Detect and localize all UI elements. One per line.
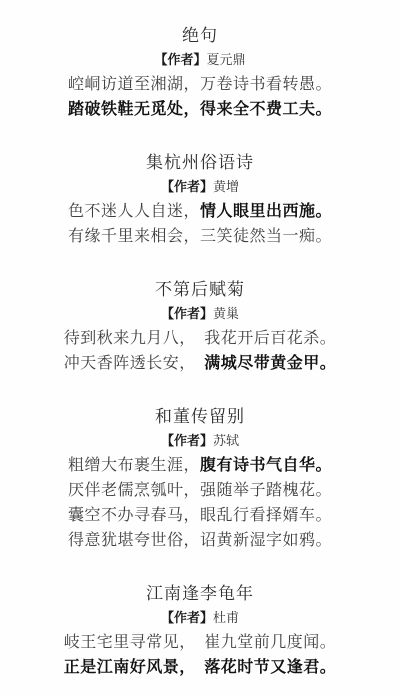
- verse-segment-bold: 正是江南好风景， 落花时节又逢君。: [64, 659, 337, 676]
- author-label: 【作者】: [161, 610, 213, 625]
- verse-segment-bold: 腹有诗书气自华。: [200, 457, 332, 474]
- poem-line: 踏破铁鞋无觅处，得来全不费工夫。: [0, 97, 400, 122]
- verse-segment: 崆峒访道至湘湖，万卷诗书看转愚。: [68, 76, 332, 93]
- poem-line: 冲天香阵透长安， 满城尽带黄金甲。: [0, 351, 400, 376]
- verse-segment-bold: 情人眼里出西施。: [200, 203, 332, 220]
- poem-line: 有缘千里来相会，三笑徒然当一痴。: [0, 224, 400, 249]
- verse-segment: 待到秋来九月八， 我花开后百花杀。: [64, 330, 337, 347]
- verse-segment: 冲天香阵透长安，: [64, 355, 205, 372]
- poem-title: 和董传留别: [0, 405, 400, 429]
- poem-block: 和董传留别 【作者】苏轼 粗缯大布裹生涯，腹有诗书气自华。厌伴老儒烹瓠叶，强随举…: [0, 405, 400, 553]
- poem-lines: 色不迷人人自迷，情人眼里出西施。有缘千里来相会，三笑徒然当一痴。: [0, 199, 400, 249]
- poem-block: 集杭州俗语诗 【作者】黄增 色不迷人人自迷，情人眼里出西施。有缘千里来相会，三笑…: [0, 151, 400, 249]
- verse-segment: 厌伴老儒烹瓠叶，强随举子踏槐花。: [68, 482, 332, 499]
- verse-segment-bold: 满城尽带黄金甲。: [204, 355, 336, 372]
- poem-lines: 崆峒访道至湘湖，万卷诗书看转愚。踏破铁鞋无觅处，得来全不费工夫。: [0, 72, 400, 122]
- poem-author-line: 【作者】黄巢: [0, 302, 400, 326]
- poem-line: 色不迷人人自迷，情人眼里出西施。: [0, 199, 400, 224]
- poem-lines: 粗缯大布裹生涯，腹有诗书气自华。厌伴老儒烹瓠叶，强随举子踏槐花。囊空不办寻春马，…: [0, 453, 400, 553]
- poem-author-line: 【作者】黄增: [0, 175, 400, 199]
- poem-line: 囊空不办寻春马，眼乱行看择婿车。: [0, 503, 400, 528]
- poem-author-line: 【作者】苏轼: [0, 429, 400, 453]
- poem-line: 厌伴老儒烹瓠叶，强随举子踏槐花。: [0, 478, 400, 503]
- poem-document-page: 绝句 【作者】夏元鼎 崆峒访道至湘湖，万卷诗书看转愚。踏破铁鞋无觅处，得来全不费…: [0, 0, 400, 695]
- verse-segment: 有缘千里来相会，三笑徒然当一痴。: [68, 228, 332, 245]
- poem-line: 得意犹堪夸世俗，诏黄新湿字如鸦。: [0, 528, 400, 553]
- poem-lines: 岐王宅里寻常见， 崔九堂前几度闻。正是江南好风景， 落花时节又逢君。: [0, 630, 400, 680]
- poem-lines: 待到秋来九月八， 我花开后百花杀。冲天香阵透长安， 满城尽带黄金甲。: [0, 326, 400, 376]
- verse-segment-bold: 踏破铁鞋无觅处，得来全不费工夫。: [68, 101, 332, 118]
- author-label: 【作者】: [161, 433, 213, 448]
- poem-line: 崆峒访道至湘湖，万卷诗书看转愚。: [0, 72, 400, 97]
- poem-line: 待到秋来九月八， 我花开后百花杀。: [0, 326, 400, 351]
- poem-author-line: 【作者】夏元鼎: [0, 48, 400, 72]
- poem-title: 不第后赋菊: [0, 278, 400, 302]
- author-label: 【作者】: [154, 52, 206, 67]
- poem-block: 不第后赋菊 【作者】黄巢 待到秋来九月八， 我花开后百花杀。冲天香阵透长安， 满…: [0, 278, 400, 376]
- author-name: 黄巢: [213, 306, 239, 321]
- verse-segment: 粗缯大布裹生涯，: [68, 457, 200, 474]
- poem-list: 绝句 【作者】夏元鼎 崆峒访道至湘湖，万卷诗书看转愚。踏破铁鞋无觅处，得来全不费…: [0, 24, 400, 680]
- poem-block: 绝句 【作者】夏元鼎 崆峒访道至湘湖，万卷诗书看转愚。踏破铁鞋无觅处，得来全不费…: [0, 24, 400, 122]
- author-name: 苏轼: [213, 433, 239, 448]
- poem-line: 正是江南好风景， 落花时节又逢君。: [0, 655, 400, 680]
- poem-title: 绝句: [0, 24, 400, 48]
- author-label: 【作者】: [161, 306, 213, 321]
- poem-block: 江南逢李龟年 【作者】杜甫 岐王宅里寻常见， 崔九堂前几度闻。正是江南好风景， …: [0, 582, 400, 680]
- verse-segment: 岐王宅里寻常见， 崔九堂前几度闻。: [64, 634, 337, 651]
- author-name: 黄增: [213, 179, 239, 194]
- poem-line: 粗缯大布裹生涯，腹有诗书气自华。: [0, 453, 400, 478]
- verse-segment: 得意犹堪夸世俗，诏黄新湿字如鸦。: [68, 532, 332, 549]
- poem-line: 岐王宅里寻常见， 崔九堂前几度闻。: [0, 630, 400, 655]
- poem-title: 江南逢李龟年: [0, 582, 400, 606]
- author-name: 夏元鼎: [207, 52, 246, 67]
- verse-segment: 色不迷人人自迷，: [68, 203, 200, 220]
- author-label: 【作者】: [161, 179, 213, 194]
- poem-author-line: 【作者】杜甫: [0, 606, 400, 630]
- author-name: 杜甫: [213, 610, 239, 625]
- verse-segment: 囊空不办寻春马，眼乱行看择婿车。: [68, 507, 332, 524]
- poem-title: 集杭州俗语诗: [0, 151, 400, 175]
